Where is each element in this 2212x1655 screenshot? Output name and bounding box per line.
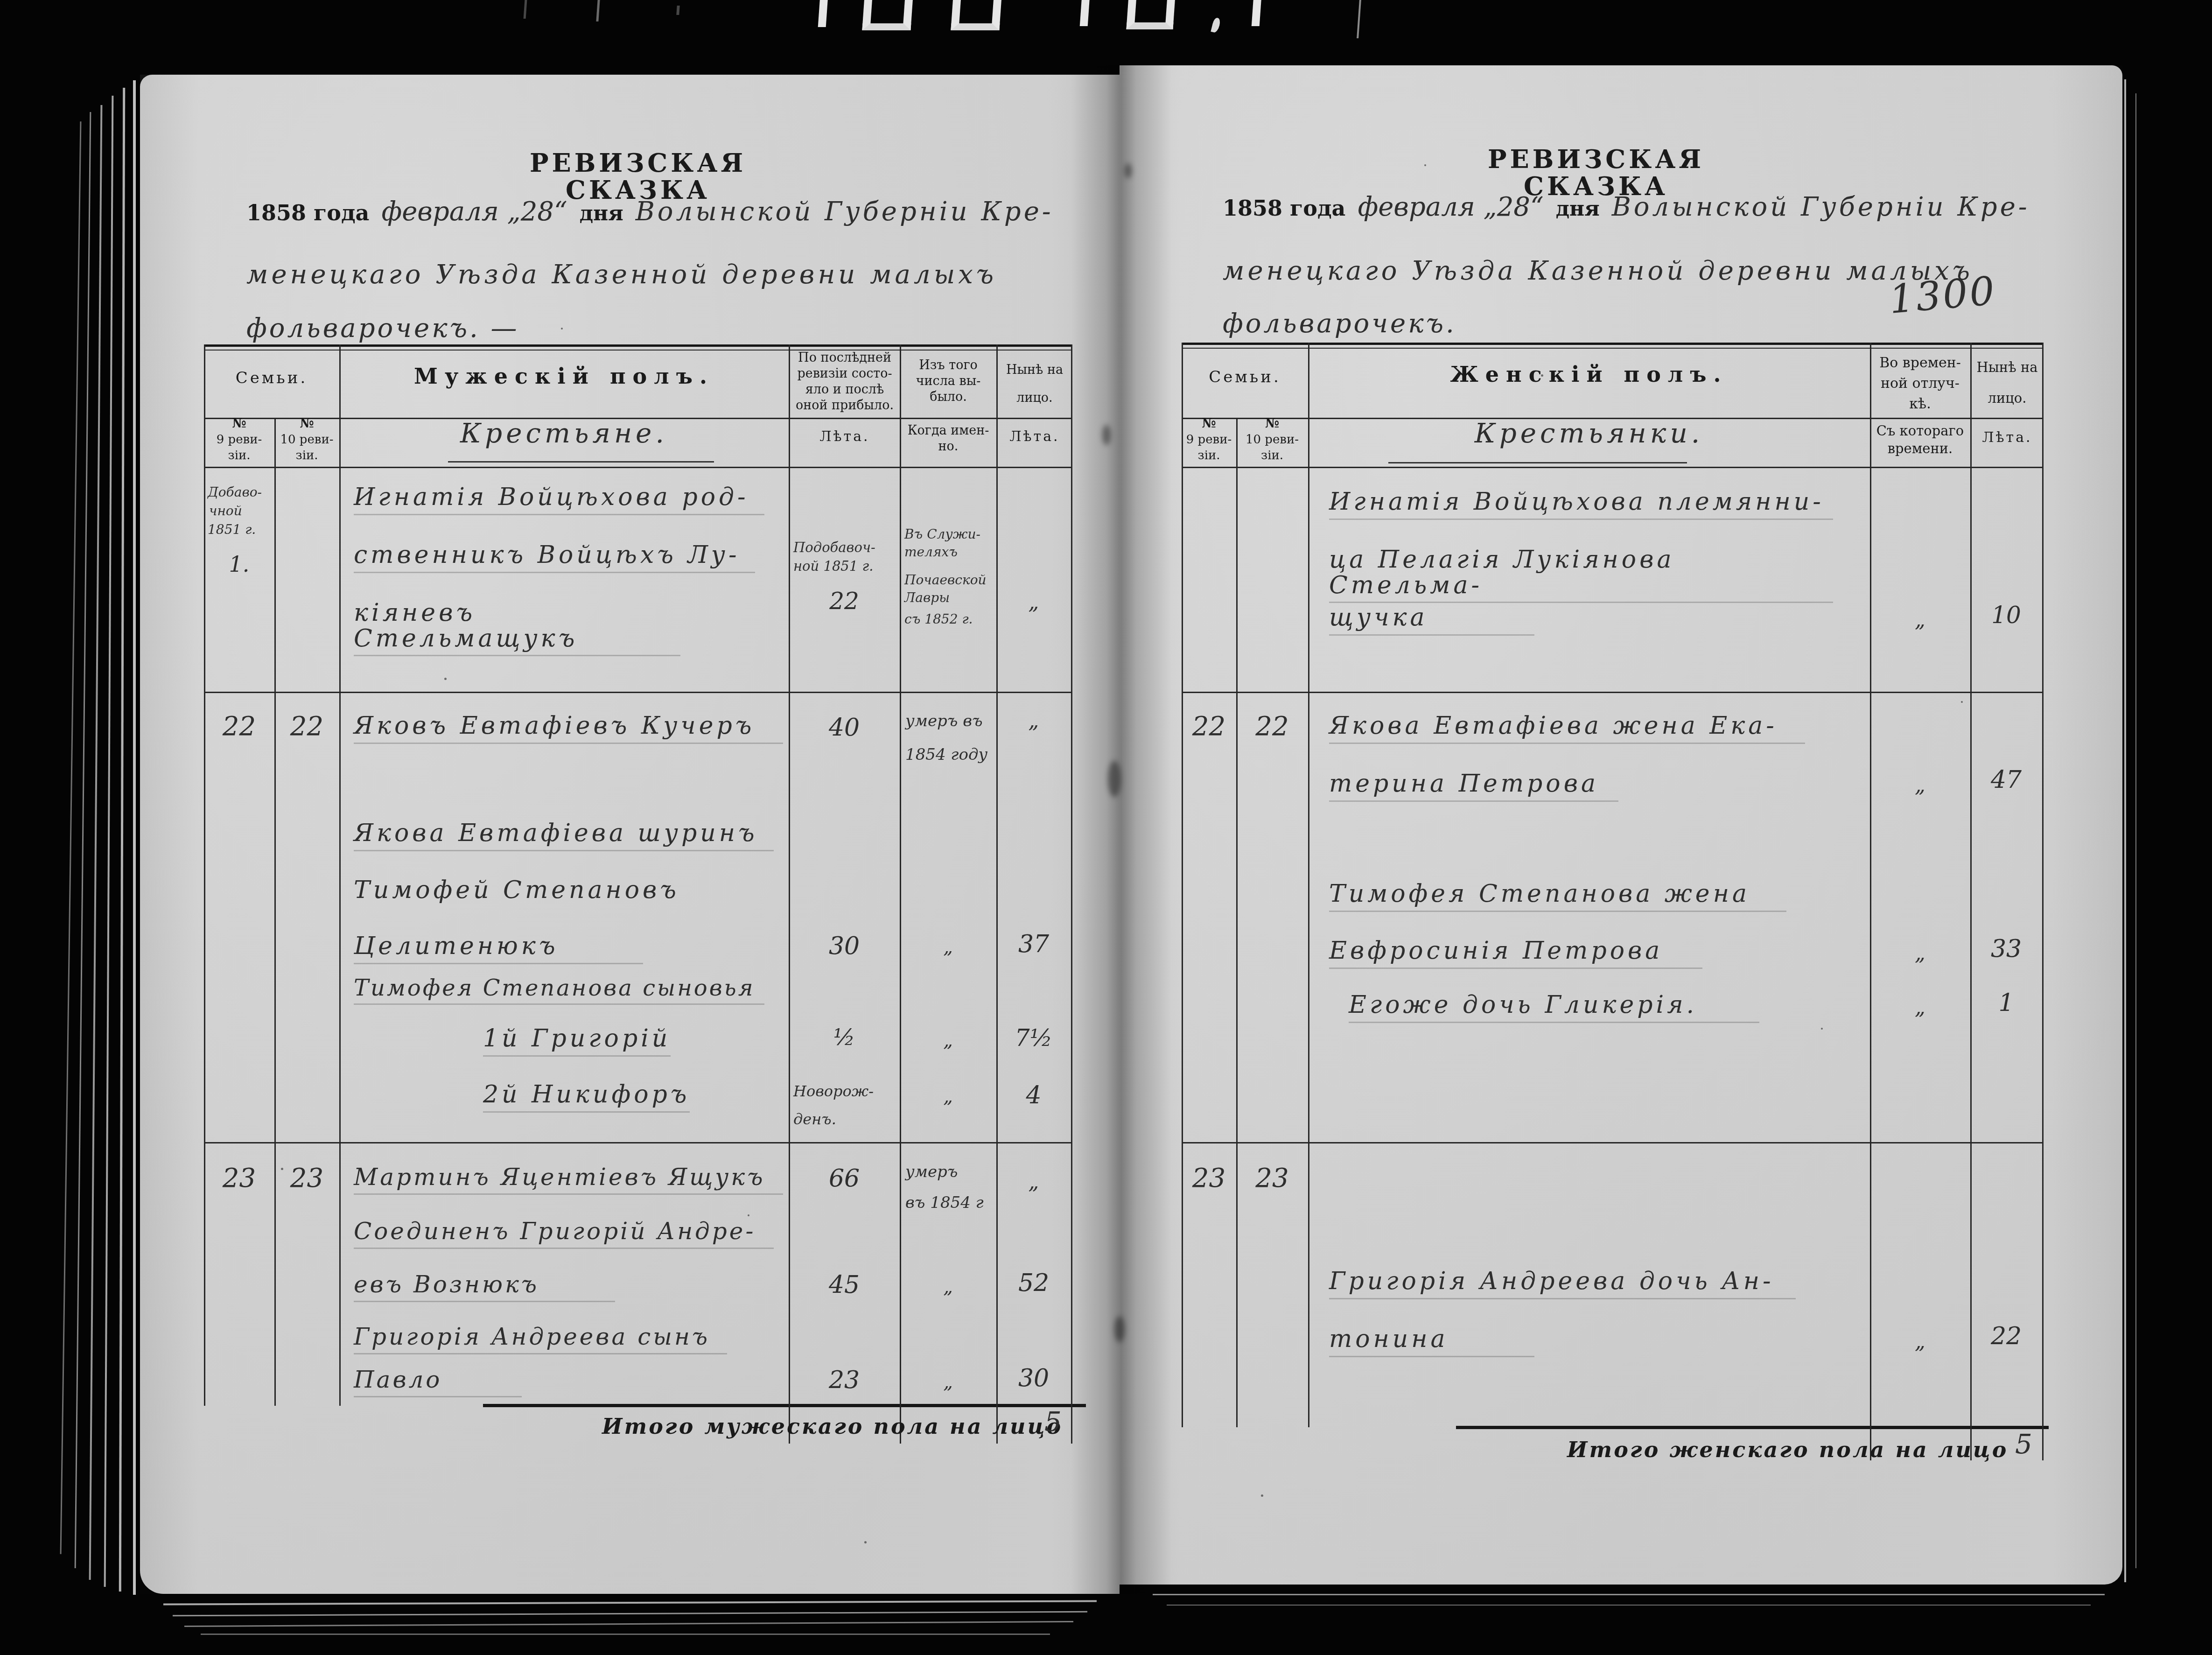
intro-year: 1858 года: [246, 202, 369, 225]
margin-note: Добаво-: [208, 485, 262, 499]
person-name-line: Тимофей Степановъ: [354, 877, 679, 903]
right-col-present-1: Нынѣ на: [1972, 360, 2042, 375]
right-rev9-no: №: [1182, 416, 1236, 430]
age-value: 22: [1970, 1324, 2042, 1349]
person-name-line: 1й Григорій: [483, 1026, 671, 1057]
departure-note: 1854 году: [905, 747, 987, 764]
ditto-mark: „: [996, 1171, 1071, 1193]
right-col-present-2: лицо.: [1972, 391, 2042, 406]
age-value: 22: [789, 589, 900, 614]
left-col-prev-3: яло и послѣ: [791, 383, 898, 396]
age-value: 40: [789, 715, 900, 741]
counter-digit-0-icon: [862, 0, 913, 30]
intro-date-handwritten: февраля „28“: [381, 198, 567, 226]
left-col-prev-2: ревизіи состо-: [791, 367, 898, 380]
ditto-mark: „: [1870, 1331, 1970, 1353]
right-col-sex: Женскій полъ.: [1308, 363, 1870, 386]
intro-day: дня: [580, 203, 623, 225]
right-total-label: Итого женскаго пола на лицо: [1567, 1438, 2008, 1462]
age-value: 33: [1970, 936, 2042, 962]
departure-note: умеръ въ: [905, 713, 983, 730]
left-total-value: 5: [1044, 1408, 1062, 1436]
left-col-departed-3: было.: [902, 390, 995, 404]
intro-place-handwritten: Волынской Губерніи Кре-: [1612, 194, 2030, 221]
left-col-present-2: лицо.: [998, 391, 1071, 405]
right-rev9-line2: 9 реви-: [1182, 433, 1236, 446]
left-col-present-1: Нынѣ на: [998, 363, 1071, 377]
gutter-smudge: [1102, 425, 1111, 445]
right-rev9-line3: зіи.: [1182, 449, 1236, 462]
left-title: РЕВИЗСКАЯ СКАЗКА: [479, 149, 797, 204]
age-value: 10: [1970, 603, 2042, 628]
departure-note: теляхъ: [904, 545, 958, 559]
departure-note: Почаевской: [904, 573, 987, 587]
ditto-mark: „: [900, 1031, 996, 1050]
age-note: денъ.: [793, 1112, 836, 1128]
left-rev10-no: №: [274, 416, 339, 430]
intro-date-handwritten: февраля „28“: [1358, 194, 1543, 221]
family-no-10th: 22: [1236, 713, 1308, 741]
right-class-underline: [1388, 462, 1687, 463]
counter-digit-0-icon: [1126, 0, 1175, 29]
page-edge: [2124, 79, 2126, 1582]
right-class-handwritten: Крестьянки.: [1308, 419, 1870, 448]
left-rev9-no: №: [204, 416, 274, 430]
departure-note: Въ Служи-: [904, 527, 980, 541]
left-col-prev-1: По послѣдней: [791, 351, 898, 365]
page-edge: [173, 1611, 1087, 1617]
page-edge: [133, 80, 136, 1595]
age-note: ной 1851 г.: [793, 559, 873, 573]
ditto-mark: „: [900, 1277, 996, 1297]
right-intro-line2: менецкаго Уѣзда Казенной деревни малыхъ: [1223, 258, 1973, 285]
family-no-10th: 23: [274, 1165, 339, 1192]
ditto-mark: „: [1870, 997, 1970, 1018]
person-name-line: ственникъ Войцѣхъ Лу-: [354, 542, 755, 573]
right-col-since-1: Съ котораго: [1872, 424, 1968, 438]
left-col-departed-1: Изъ того: [902, 358, 995, 372]
page-edge: [184, 1621, 1073, 1627]
ditto-mark: „: [996, 710, 1071, 732]
gutter-smudge: [1114, 1316, 1125, 1342]
person-name-line: 2й Никифоръ: [483, 1082, 690, 1113]
age-value: 1: [1970, 990, 2042, 1016]
age-value: ½: [789, 1026, 900, 1049]
departure-note: въ 1854 г: [905, 1195, 984, 1212]
left-class-handwritten: Крестьяне.: [339, 419, 789, 448]
gutter-smudge: [1125, 163, 1132, 178]
right-rev10-line2: 10 реви-: [1236, 433, 1308, 446]
person-name-line: Соединенъ Григорій Андре-: [354, 1219, 774, 1249]
left-intro-line2: менецкаго Уѣзда Казенной деревни малыхъ: [246, 261, 997, 289]
age-now-value: 37: [996, 932, 1071, 957]
counter-digit-0-icon: [951, 0, 1001, 30]
right-intro-line3: фольварочекъ.: [1223, 310, 1456, 338]
page-edge: [119, 88, 125, 1592]
right-col-family: Семьи.: [1182, 369, 1308, 386]
counter-comma-icon: [1211, 17, 1221, 34]
person-name-line: Егоже дочь Гликерія.: [1349, 992, 1759, 1023]
left-col-sex: Мужескій полъ.: [339, 365, 789, 388]
age-note: Новорож-: [793, 1084, 874, 1100]
family-no-9th: 23: [204, 1165, 274, 1192]
page-edge: [2135, 93, 2136, 1568]
right-col-since-2: времени.: [1872, 442, 1968, 456]
age-value: 30: [789, 933, 900, 959]
page-edge: [163, 1600, 1097, 1606]
right-rev10-line3: зіи.: [1236, 449, 1308, 462]
person-name-line: Мартинъ Яцентіевъ Ящукъ: [354, 1165, 783, 1195]
ditto-mark: „: [1870, 775, 1970, 796]
person-name-line: Целитенюкъ: [354, 933, 643, 964]
right-intro-line1: 1858 года февраля „28“ дня Волынской Губ…: [1223, 194, 2030, 221]
person-name-line: терина Петрова: [1329, 771, 1618, 802]
person-name-line: Игнатія Войцѣхова род-: [354, 484, 764, 515]
family-no-10th: 22: [274, 713, 339, 741]
left-col-when-1: Когда имен-: [902, 424, 995, 437]
age-now-value: 4: [996, 1083, 1071, 1108]
age-value: 45: [789, 1272, 900, 1298]
intro-day: дня: [1556, 198, 1600, 220]
film-scratch: [596, 0, 600, 21]
relation-label: Тимофея Степанова сыновья: [354, 976, 764, 1005]
left-col-prev-4: оной прибыло.: [791, 399, 898, 412]
film-scratch: [676, 6, 679, 15]
left-col-family: Семьи.: [204, 370, 339, 387]
page-number: 1300: [1888, 270, 1998, 320]
age-value: 23: [789, 1367, 900, 1393]
person-name-line: Павло: [354, 1367, 522, 1397]
age-value: 47: [1970, 767, 2042, 793]
left-rev10-line3: зіи.: [274, 449, 339, 462]
left-class-underline: [448, 461, 714, 463]
ditto-mark: „: [1870, 610, 1970, 631]
ditto-mark: „: [996, 592, 1071, 613]
person-name-line: кіяневъ Стельмащукъ: [354, 600, 680, 656]
right-col-absence-1: Во времен-: [1872, 356, 1968, 371]
person-name-line: Игнатія Войцѣхова племянни-: [1329, 489, 1833, 520]
right-total-value: 5: [2015, 1430, 2032, 1459]
page-edge: [104, 96, 114, 1587]
age-now-value: 52: [996, 1270, 1071, 1296]
left-col-years-now: Лѣта.: [998, 429, 1071, 444]
gutter-shadow: [1071, 65, 1171, 1594]
right-col-years: Лѣта.: [1972, 430, 2042, 445]
ditto-mark: „: [900, 937, 996, 957]
person-name-line: Якова Евтафіева шуринъ: [354, 820, 774, 851]
counter-digit-1-icon: [1252, 0, 1261, 26]
ditto-mark: „: [900, 1372, 996, 1392]
gutter-smudge: [1108, 761, 1121, 797]
right-col-absence-2: ной отлуч-: [1872, 376, 1968, 391]
left-total-label: Итого мужескаго пола на лицо: [602, 1415, 1063, 1438]
left-rev9-line2: 9 реви-: [204, 433, 274, 446]
intro-year: 1858 года: [1223, 197, 1345, 220]
ditto-mark: „: [1870, 943, 1970, 964]
film-scratch: [1357, 0, 1361, 38]
family-no-9th: 22: [204, 713, 274, 741]
page-edge: [89, 105, 103, 1580]
person-name-line: Григорія Андреева сынъ: [354, 1325, 727, 1354]
family-no-10th: 23: [1236, 1165, 1308, 1192]
age-note: Подобавоч-: [793, 540, 875, 554]
age-now-value: 30: [996, 1366, 1071, 1391]
person-name-line: евъ Вознюкъ: [354, 1272, 615, 1302]
page-edge: [1167, 1605, 2091, 1606]
departure-note: Лавры: [904, 591, 950, 604]
left-col-years-prev: Лѣта.: [791, 429, 898, 444]
left-rev9-line3: зіи.: [204, 449, 274, 462]
family-no-9th: 23: [1182, 1165, 1236, 1192]
family-no-9th: 22: [1182, 713, 1236, 741]
right-col-absence-3: кѣ.: [1872, 397, 1968, 412]
person-name-line: Якова Евтафіева жена Ека-: [1329, 713, 1805, 744]
margin-note: чной: [209, 504, 242, 518]
page-edge: [201, 1634, 1050, 1635]
microfilm-scan: РЕВИЗСКАЯ СКАЗКА 1858 года февраля „28“ …: [0, 0, 2212, 1655]
departure-note: умеръ: [905, 1164, 958, 1181]
person-name-line: Яковъ Евтафіевъ Кучеръ: [354, 713, 783, 744]
person-name-line: Евфросинія Петрова: [1329, 938, 1702, 969]
margin-note: 1851 г.: [208, 523, 256, 536]
person-name-line: тонина: [1329, 1326, 1534, 1357]
left-rev10-line2: 10 реви-: [274, 433, 339, 446]
age-now-value: 7½: [996, 1026, 1071, 1051]
right-rev10-no: №: [1236, 416, 1308, 430]
intro-place-handwritten: Волынской Губерніи Кре-: [636, 198, 1054, 226]
person-name-line: щучка: [1329, 605, 1534, 636]
left-col-departed-2: числа вы-: [902, 374, 995, 388]
page-edge: [1153, 1594, 2105, 1595]
departure-note: съ 1852 г.: [904, 612, 973, 626]
age-value: 66: [789, 1166, 900, 1192]
person-name-line: ца Пелагія Лукіянова Стельма-: [1329, 547, 1833, 603]
ditto-mark: „: [900, 1087, 996, 1106]
person-name-line: Тимофея Степанова жена: [1329, 881, 1786, 912]
left-intro-line3: фольварочекъ. —: [246, 315, 519, 343]
person-name-line: Григорія Андреева дочь Ан-: [1329, 1269, 1796, 1299]
left-intro-line1: 1858 года февраля „28“ дня Волынской Губ…: [246, 198, 1054, 226]
counter-digit-1-icon: [818, 0, 828, 27]
left-col-when-2: но.: [902, 440, 995, 453]
counter-digit-1-icon: [1080, 0, 1090, 26]
margin-entry-number: 1.: [204, 553, 274, 575]
film-scratch: [524, 0, 527, 19]
